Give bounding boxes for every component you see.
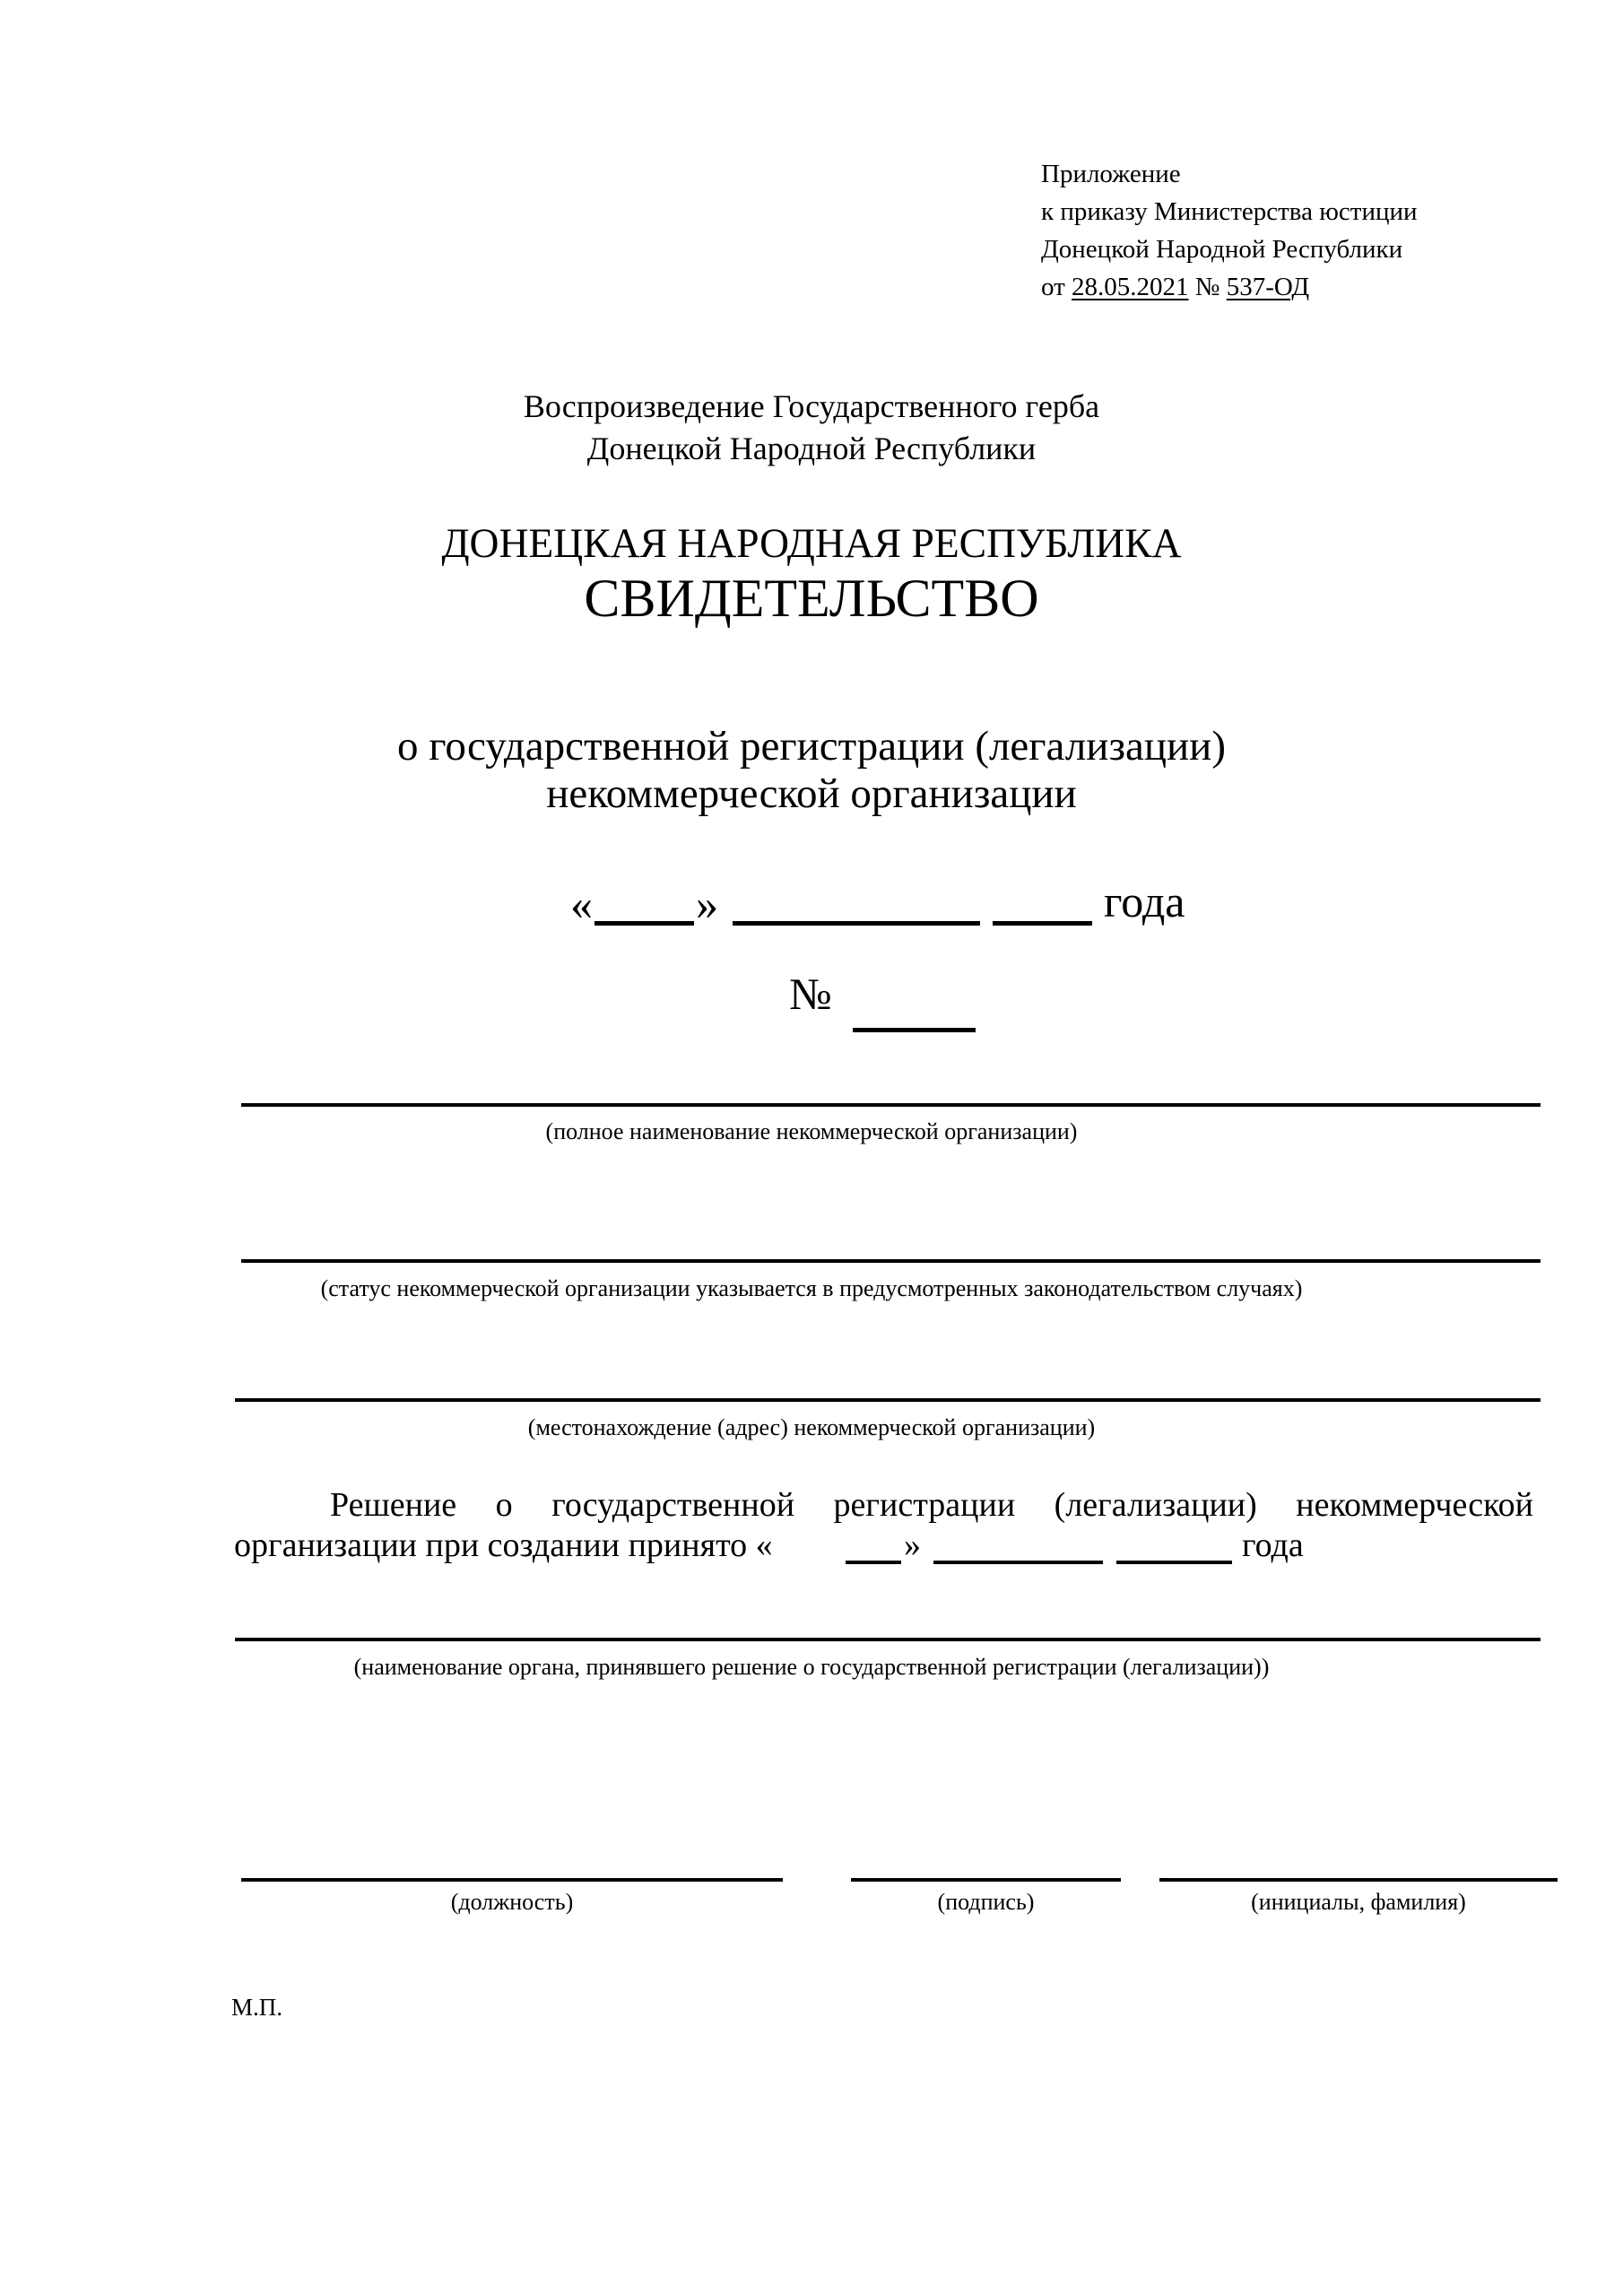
decision-year-word: года [1242,1526,1304,1566]
appendix-number-sign: № [1195,273,1220,301]
issue-date-open-quote: « [570,879,593,929]
signature-line[interactable] [851,1878,1121,1882]
subtitle-line2: некоммерческой организации [0,770,1623,818]
issue-day-blank[interactable] [595,921,694,926]
number-sign: № [789,969,832,1019]
decision-year-blank[interactable] [1116,1561,1232,1564]
authority-field-line[interactable] [235,1638,1541,1641]
status-caption: (статус некоммерческой организации указы… [0,1275,1623,1302]
emblem-note-line1: Воспроизведение Государственного герба [0,386,1623,428]
status-field-line[interactable] [241,1259,1541,1263]
decision-month-blank[interactable] [933,1561,1103,1564]
emblem-note: Воспроизведение Государственного герба Д… [0,386,1623,470]
position-caption: (должность) [241,1889,783,1916]
appendix-from-label: от [1041,273,1065,301]
document-subtitle: о государственной регистрации (легализац… [0,723,1623,818]
stamp-place-label: М.П. [231,1993,282,2022]
appendix-order-ref: к приказу Министерства юстиции [1041,193,1418,230]
decision-line2-text: организации при создании принято « [234,1526,773,1566]
authority-caption: (наименование органа, принявшего решение… [0,1654,1623,1681]
document-title: СВИДЕТЕЛЬСТВО [0,569,1623,628]
full-name-caption: (полное наименование некоммерческой орга… [0,1118,1623,1145]
name-signature-line[interactable] [1159,1878,1558,1882]
full-name-field-line[interactable] [241,1103,1541,1107]
issue-date-close-quote: » [696,879,718,929]
appendix-title: Приложение [1041,155,1181,193]
state-name: ДОНЕЦКАЯ НАРОДНАЯ РЕСПУБЛИКА [24,519,1599,568]
appendix-number: 537-ОД [1227,273,1309,301]
issue-month-blank[interactable] [733,921,980,926]
emblem-note-line2: Донецкой Народной Республики [0,428,1623,470]
signature-caption: (подпись) [851,1889,1121,1916]
address-field-line[interactable] [235,1398,1541,1402]
name-caption: (инициалы, фамилия) [1159,1889,1558,1916]
certificate-number-blank[interactable] [853,1028,976,1032]
issue-year-blank[interactable] [993,921,1092,926]
issue-year-word: года [1104,876,1185,926]
subtitle-line1: о государственной регистрации (легализац… [0,723,1623,770]
address-caption: (местонахождение (адрес) некоммерческой … [0,1414,1623,1441]
decision-day-blank[interactable] [846,1561,901,1564]
decision-close-quote: » [904,1526,921,1566]
position-signature-line[interactable] [241,1878,783,1882]
decision-line1: Решение о государственной регистрации (л… [330,1485,1533,1526]
appendix-date: 28.05.2021 [1072,273,1189,301]
appendix-republic: Донецкой Народной Республики [1041,230,1402,268]
appendix-date-number: от 28.05.2021 № 537-ОД [1041,268,1309,306]
